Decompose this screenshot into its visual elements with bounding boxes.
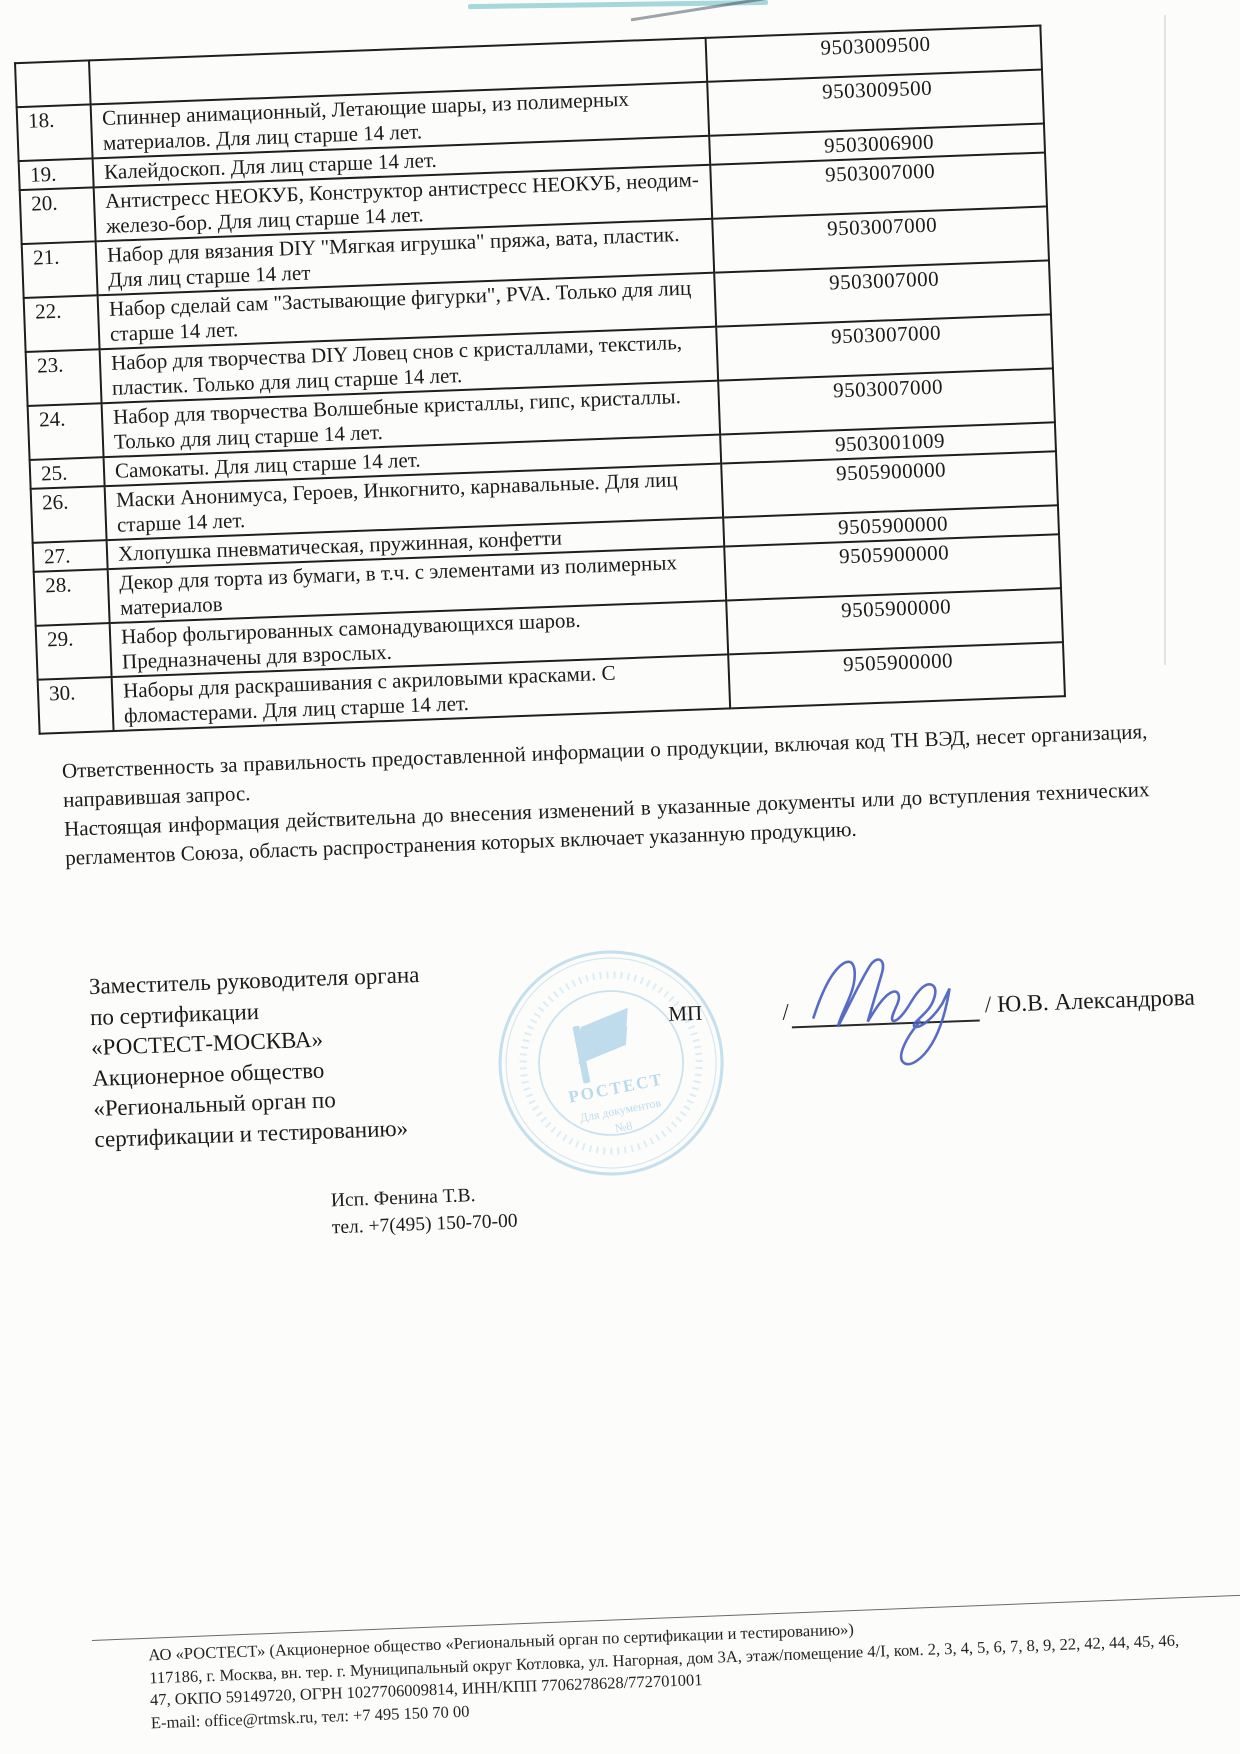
row-number: 22. (24, 295, 100, 352)
row-number: 27. (33, 540, 108, 572)
handwritten-signature (795, 950, 979, 1057)
executor-block: Исп. Фенина Т.В. тел. +7(495) 150-70-00 (330, 1181, 518, 1242)
row-number: 21. (22, 241, 98, 298)
signature-row: / / Ю.В. Александрова (781, 968, 1195, 1029)
stamp-place-label: МП (668, 1001, 703, 1027)
product-codes-table: 950300950018.Спиннер анимационный, Летаю… (14, 25, 1066, 735)
row-number: 19. (19, 158, 94, 190)
row-number: 18. (17, 104, 93, 161)
product-table-body: 950300950018.Спиннер анимационный, Летаю… (15, 26, 1065, 734)
executor-phone: тел. +7(495) 150-70-00 (331, 1208, 518, 1242)
footer-requisites: АО «РОСТЕСТ» (Акционерное общество «Реги… (148, 1602, 1240, 1734)
row-number: 20. (20, 187, 96, 244)
row-number: 23. (26, 349, 102, 406)
stamp-graphic: РОСТЕСТ Для документов №8 (488, 940, 735, 1187)
footer-block: АО «РОСТЕСТ» (Акционерное общество «Реги… (58, 1594, 1240, 1737)
tnved-code: 9505900000 (728, 642, 1065, 708)
signatory-title: Заместитель руководителя органа по серти… (88, 960, 425, 1155)
document-content: 950300950018.Спиннер анимационный, Летаю… (0, 17, 1240, 1753)
signature-line (790, 976, 980, 1029)
notes-section: Ответственность за правильность предоста… (61, 717, 1151, 873)
row-number: 30. (38, 677, 114, 734)
row-number: 28. (34, 569, 110, 626)
scanned-document-page: 950300950018.Спиннер анимационный, Летаю… (0, 0, 1240, 1754)
rostest-stamp: РОСТЕСТ Для документов №8 (488, 940, 735, 1187)
signature-slash: / (782, 999, 790, 1026)
row-number: 24. (28, 403, 104, 460)
row-number: 25. (30, 457, 105, 489)
row-number: 26. (31, 486, 107, 543)
signatory-name: / Ю.В. Александрова (984, 985, 1195, 1020)
row-number: 29. (36, 623, 112, 680)
row-number (15, 60, 91, 107)
